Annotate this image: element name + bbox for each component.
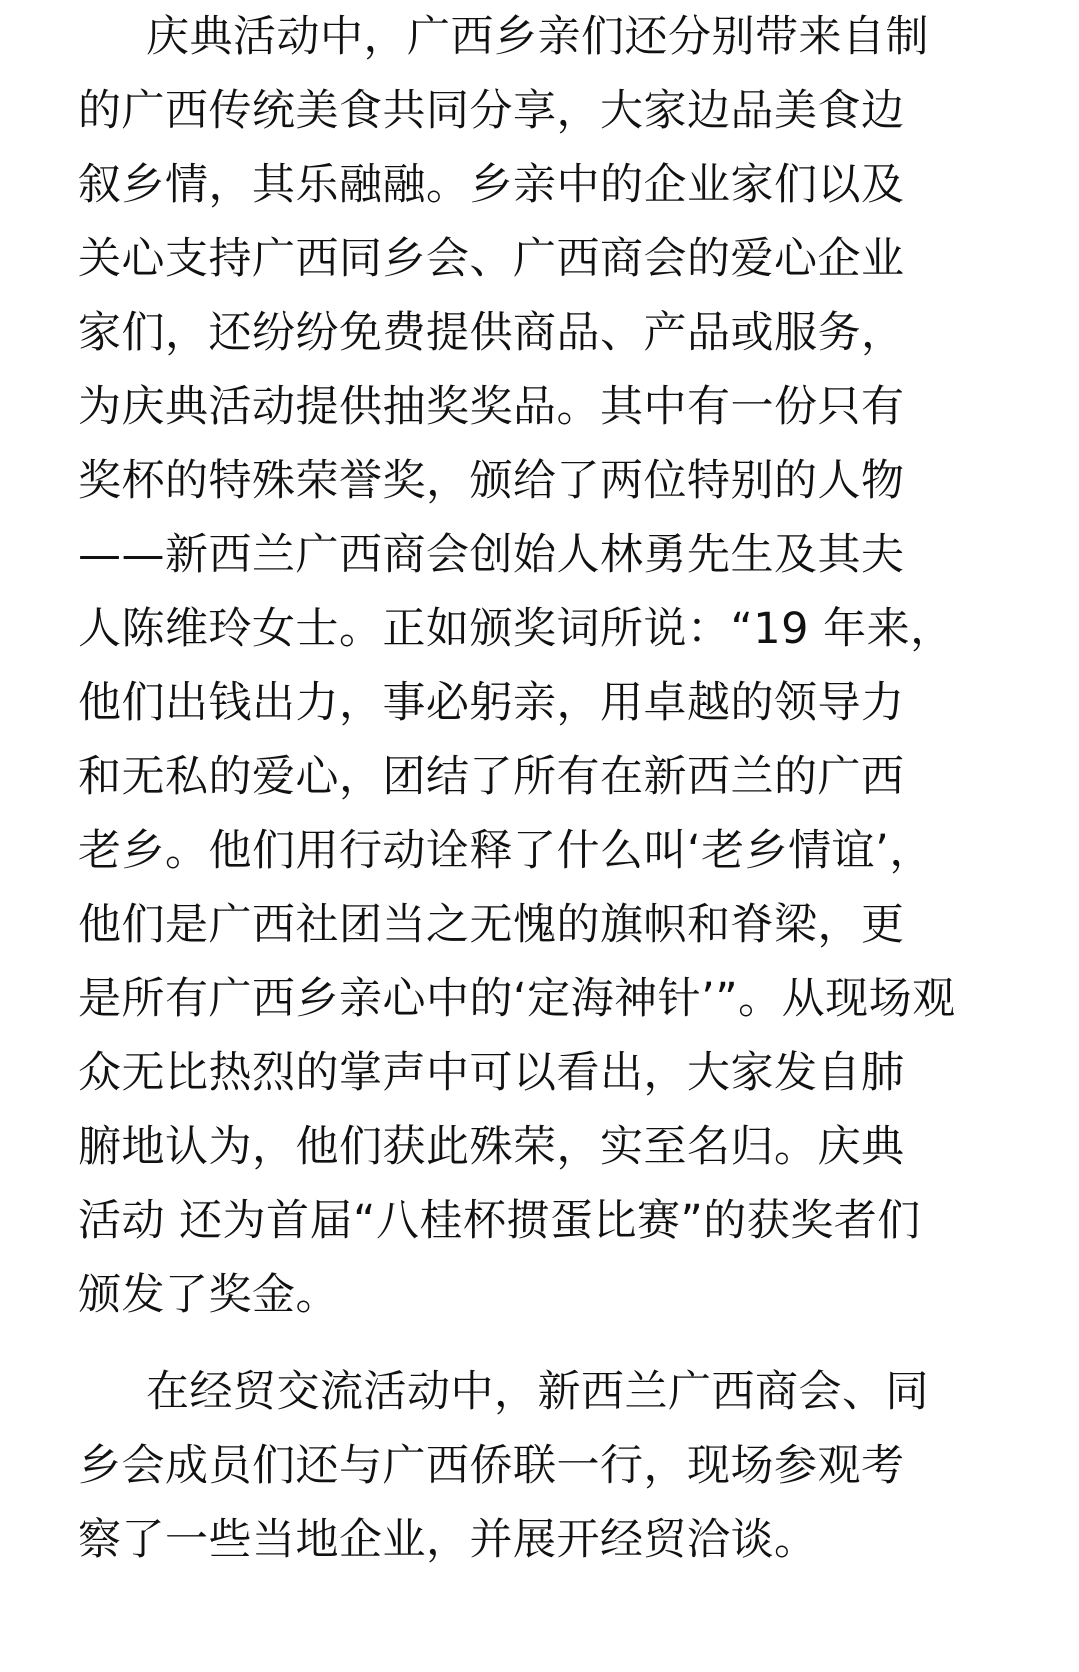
paragraph-line: 他们出钱出力，事必躬亲，用卓越的领导力 xyxy=(78,666,905,740)
paragraph-line: 活动 还为首届“八桂杯掼蛋比赛”的获奖者们 xyxy=(78,1184,921,1258)
paragraph-line: 腑地认为，他们获此殊荣，实至名归。庆典 xyxy=(78,1110,905,1184)
paragraph-line: 众无比热烈的掌声中可以看出，大家发自肺 xyxy=(78,1036,905,1110)
paragraph-line: 的广西传统美食共同分享，大家边品美食边 xyxy=(78,74,905,148)
paragraph-line: 庆典活动中，广西乡亲们还分别带来自制 xyxy=(146,0,929,74)
paragraph-line: 老乡。他们用行动诠释了什么叫‘老乡情谊’， xyxy=(78,814,933,888)
paragraph-line: 他们是广西社团当之无愧的旗帜和脊梁，更 xyxy=(78,888,905,962)
paragraph-line: 是所有广西乡亲心中的‘定海神针’”。从现场观 xyxy=(78,962,956,1036)
paragraph-line: 乡会成员们还与广西侨联一行，现场参观考 xyxy=(78,1429,905,1503)
paragraph-line: ——新西兰广西商会创始人林勇先生及其夫 xyxy=(78,518,905,592)
paragraph-line: 为庆典活动提供抽奖奖品。其中有一份只有 xyxy=(78,370,905,444)
paragraph-line: 在经贸交流活动中，新西兰广西商会、同 xyxy=(146,1355,929,1429)
paragraph-line: 人陈维玲女士。正如颁奖词所说：“19 年来， xyxy=(78,592,954,666)
paragraph-line: 家们，还纷纷免费提供商品、产品或服务， xyxy=(78,296,905,370)
paragraph-line: 叙乡情，其乐融融。乡亲中的企业家们以及 xyxy=(78,148,905,222)
paragraph-line: 颁发了奖金。 xyxy=(78,1258,339,1332)
paragraph-line: 察了一些当地企业，并展开经贸洽谈。 xyxy=(78,1503,818,1577)
paragraph-line: 关心支持广西同乡会、广西商会的爱心企业 xyxy=(78,222,905,296)
paragraph-line: 奖杯的特殊荣誉奖，颁给了两位特别的人物 xyxy=(78,444,905,518)
paragraph-line: 和无私的爱心，团结了所有在新西兰的广西 xyxy=(78,740,905,814)
